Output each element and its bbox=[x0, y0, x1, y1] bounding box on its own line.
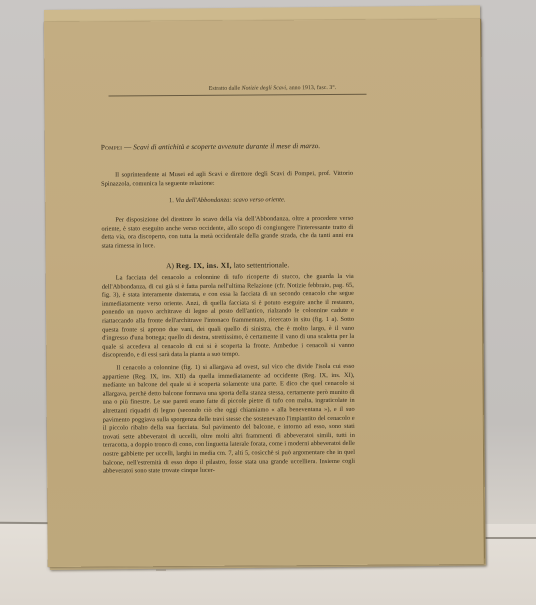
paragraph-facade: La facciata del cenacolo a colonnine di … bbox=[102, 273, 355, 361]
running-head-journal: Notizie degli Scavi, bbox=[242, 85, 288, 91]
subheading-a-label: A) bbox=[166, 261, 174, 270]
section-subject: Scavi di antichità e scoperte avvenute d… bbox=[133, 142, 320, 151]
subheading-1-text: Via dell'Abbondanza: scavo verso oriente… bbox=[176, 196, 286, 204]
subheading-a-side: lato settentrionale. bbox=[234, 260, 290, 269]
subheading-1-number: 1. bbox=[169, 197, 174, 204]
intro-paragraph: Il soprintendente ai Musei ed agli Scavi… bbox=[101, 170, 353, 189]
section-title: Pompei — Scavi di antichità e scoperte a… bbox=[101, 142, 353, 153]
subheading-a: A) Reg. IX, ins. XI, lato settentrionale… bbox=[102, 261, 354, 271]
running-head-prefix: Estratto dalle bbox=[209, 86, 240, 92]
subheading-1: 1. Via dell'Abbondanza: scavo verso orie… bbox=[101, 196, 353, 206]
subheading-a-region: Reg. IX, ins. XI, bbox=[176, 261, 232, 270]
running-head-suffix: anno 1913, fasc. 3°. bbox=[289, 85, 336, 91]
table-smudge bbox=[156, 569, 166, 571]
document-page: Estratto dalle Notizie degli Scavi, anno… bbox=[44, 19, 485, 567]
paragraph-balcony: Il cenacolo a colonnine (fig. 1) si alla… bbox=[102, 363, 355, 476]
section-place: Pompei bbox=[101, 143, 122, 151]
running-head: Estratto dalle Notizie degli Scavi, anno… bbox=[160, 84, 384, 94]
paragraph-excavation-direction: Per disposizione del direttore lo scavo … bbox=[101, 215, 353, 251]
header-rule bbox=[109, 94, 367, 97]
section-dash: — bbox=[122, 143, 133, 151]
